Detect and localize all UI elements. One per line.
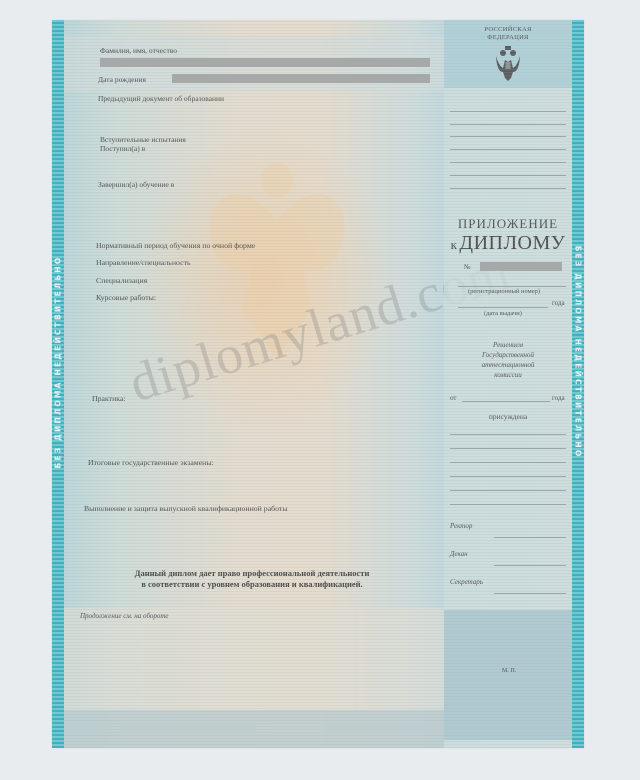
- direction-label: Направление/специальность: [96, 258, 191, 267]
- thesis-label: Выполнение и защита выпускной квалификац…: [84, 504, 288, 513]
- supplement-title-diploma: кДИПЛОМУ: [444, 232, 572, 255]
- decision-line-4: комиссии: [444, 370, 572, 380]
- prev-document-label: Предыдущий документ об образовании: [98, 94, 224, 103]
- decision-line-2: Государственной: [444, 350, 572, 360]
- entrance-exams-label: Вступительные испытания: [100, 135, 186, 144]
- practice-label: Практика:: [92, 394, 126, 403]
- rector-label: Ректор: [450, 522, 472, 530]
- final-exams-label: Итоговые государственные экзамены:: [88, 458, 214, 467]
- notice-line-2: в соответствии с уровнем образования и к…: [92, 579, 412, 590]
- continued-note: Продолжение см. на обороте: [80, 612, 169, 620]
- year-word: года: [552, 299, 565, 307]
- reg-number-caption: (регистрационный номер): [468, 288, 540, 295]
- dean-label: Декан: [450, 550, 468, 558]
- security-strip-right: БЕЗ ДИПЛОМА НЕДЕЙСТВИТЕЛЬНО: [572, 20, 584, 748]
- birth-date-redacted: [172, 74, 430, 83]
- normative-period-label: Нормативный период обучения по очной фор…: [96, 241, 255, 250]
- title-k: к: [451, 237, 458, 252]
- country-line-1: РОССИЙСКАЯ: [444, 26, 572, 34]
- rights-notice: Данный диплом дает право профессионально…: [92, 568, 412, 590]
- supplement-title-panel: РОССИЙСКАЯ ФЕДЕРАЦИЯ ПРИЛОЖЕНИЕ: [444, 20, 572, 748]
- stamp-area: М. П.: [444, 610, 572, 740]
- security-strip-left: БЕЗ ДИПЛОМА НЕДЕЙСТВИТЕЛЬНО: [52, 20, 64, 748]
- birth-date-label: Дата рождения: [98, 75, 146, 84]
- decision-line-3: аттестационной: [444, 360, 572, 370]
- bottom-band-blue: [64, 710, 444, 748]
- from-word: от: [450, 394, 456, 402]
- coursework-label: Курсовые работы:: [96, 293, 156, 302]
- decision-line-1: Решением: [444, 340, 572, 350]
- reg-number-redacted: [480, 262, 562, 271]
- issue-date-caption: (дата выдачи): [484, 310, 522, 317]
- year-word-2: года: [552, 394, 565, 402]
- coat-of-arms-icon: [495, 46, 521, 82]
- strip-text: БЕЗ ДИПЛОМА НЕДЕЙСТВИТЕЛЬНО: [54, 256, 63, 469]
- country-line-2: ФЕДЕРАЦИЯ: [444, 34, 572, 42]
- enrolled-label: Поступил(а) в: [100, 144, 145, 153]
- supplement-title: ПРИЛОЖЕНИЕ: [444, 216, 572, 232]
- secretary-label: Секретарь: [450, 578, 483, 586]
- title-diploma: ДИПЛОМУ: [459, 232, 565, 254]
- stamp-placeholder: М. П.: [502, 668, 516, 674]
- country-header: РОССИЙСКАЯ ФЕДЕРАЦИЯ: [444, 20, 572, 88]
- specialization-label: Специализация: [96, 276, 147, 285]
- number-sign: №: [464, 263, 471, 271]
- notice-line-1: Данный диплом дает право профессионально…: [92, 568, 412, 579]
- full-name-redacted: [100, 58, 430, 67]
- completed-label: Завершил(а) обучение в: [98, 180, 174, 189]
- country-name: РОССИЙСКАЯ ФЕДЕРАЦИЯ: [444, 26, 572, 42]
- diploma-supplement-sheet: БЕЗ ДИПЛОМА НЕДЕЙСТВИТЕЛЬНО Фамилия, имя…: [52, 20, 584, 748]
- strip-text: БЕЗ ДИПЛОМА НЕДЕЙСТВИТЕЛЬНО: [574, 246, 583, 459]
- decision-text: Решением Государственной аттестационной …: [444, 340, 572, 380]
- awarded-label: присуждена: [444, 412, 572, 421]
- full-name-label: Фамилия, имя, отчество: [100, 46, 177, 55]
